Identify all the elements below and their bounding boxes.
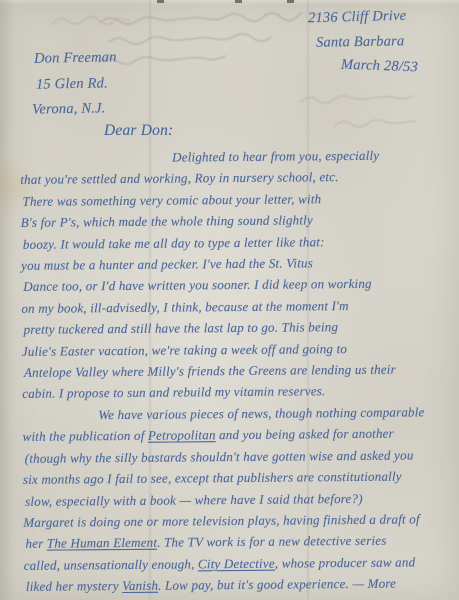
letter-line: There was something very comic about you… [22, 187, 450, 212]
scan-edge-mark [157, 0, 164, 3]
letter-line: her The Human Element. The TV work is fo… [25, 529, 453, 554]
letter-date: March 28/53 [341, 53, 419, 80]
letter-line: (though why the silly bastards shouldn't… [25, 444, 453, 469]
letter-line: liked her mystery Vanish. Low pay, but i… [26, 572, 454, 597]
letter-line: Dance too, or I'd have written you soone… [23, 273, 451, 298]
letter-line: slow, especially with a book — where hav… [25, 487, 453, 512]
recipient-street: 15 Glen Rd. [36, 71, 108, 96]
sender-address-line2: Santa Barbara [316, 29, 405, 55]
letter-page: 2136 Cliff Drive Santa Barbara March 28/… [0, 0, 459, 600]
underlined-title: The Human Element [47, 535, 157, 551]
recipient-city: Verona, N.J. [32, 96, 106, 121]
letter-line: pretty tuckered and still have the last … [24, 315, 452, 340]
salutation: Dear Don: [104, 122, 173, 140]
scan-edge-mark [287, 0, 294, 3]
underlined-title: Petropolitan [148, 427, 216, 443]
letter-line: Delighted to hear from you, especially [22, 144, 450, 169]
letter-body: Delighted to hear from you, especiallyth… [20, 144, 452, 597]
recipient-name: Don Freeman [34, 45, 117, 70]
sender-address-line1: 2136 Cliff Drive [308, 4, 407, 31]
scan-edge-mark [235, 0, 242, 3]
faint-writing-bleedthrough [295, 92, 435, 140]
underlined-title: City Detective [198, 555, 275, 571]
letter-line: boozy. It would take me all day to type … [23, 230, 451, 255]
underlined-title: Vanish [122, 578, 158, 593]
letter-line: Antelope Valley where Milly's friends th… [24, 358, 452, 383]
faint-writing-bleedthrough [95, 12, 325, 72]
letter-line: We have various pieces of news, though n… [24, 401, 452, 426]
